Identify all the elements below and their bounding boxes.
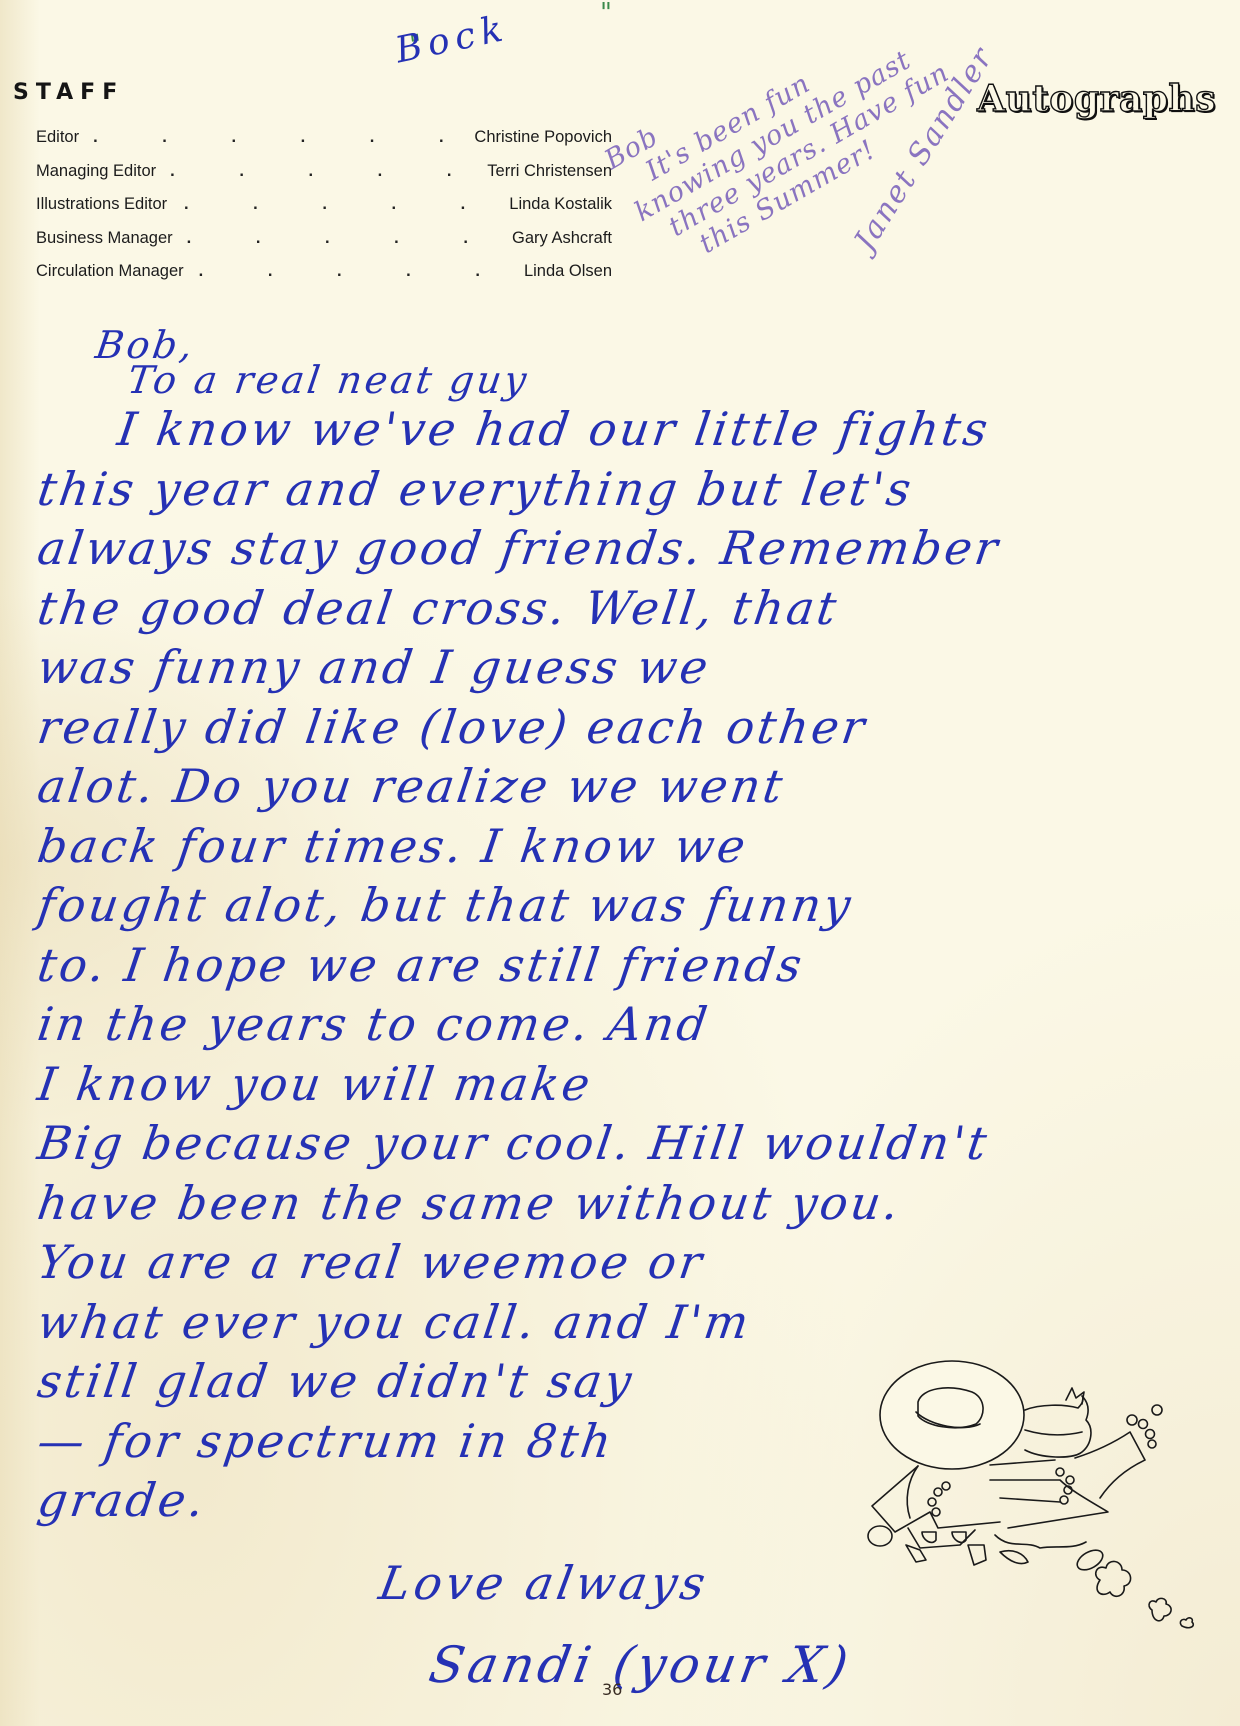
autograph-line: fought alot, but that was funny	[34, 876, 1222, 936]
staff-name: Christine Popovich	[474, 128, 612, 147]
autograph-line: To a real neat guy	[35, 360, 1221, 400]
autograph-line: have been the same without you.	[34, 1174, 1222, 1234]
page-number: 36	[602, 1680, 622, 1699]
autograph-line: back four times. I know we	[34, 817, 1222, 877]
autograph-line: Big because your cool. Hill wouldn't	[34, 1114, 1222, 1174]
autograph-line: Bob,	[36, 330, 1220, 360]
staff-role: Business Manager	[36, 229, 173, 248]
autograph-line: this year and everything but let's	[34, 460, 1222, 520]
autograph-line: in the years to come. And	[34, 995, 1222, 1055]
staff-row: Managing Editor . . . . . . Terri Christ…	[36, 162, 612, 196]
autograph-line: always stay good friends. Remember	[34, 519, 1222, 579]
leader-dots: . . . . . .	[187, 229, 498, 248]
staff-name: Terri Christensen	[487, 162, 612, 181]
autograph-line: the good deal cross. Well, that	[34, 579, 1222, 639]
staff-role: Circulation Manager	[36, 262, 184, 281]
leader-dots: . . . . .	[181, 195, 495, 214]
section-heading: Autographs	[977, 78, 1216, 120]
staff-role: Illustrations Editor	[36, 195, 167, 214]
nickname-note: Bock	[393, 11, 512, 70]
sandi-signature: Sandi (your X)	[426, 1640, 856, 1690]
staff-row: Illustrations Editor . . . . . Linda Kos…	[36, 195, 612, 229]
cartoon-kids-hugging-icon	[860, 1340, 1240, 1630]
staff-list: Editor . . . . . . . Christine Popovich …	[36, 128, 612, 296]
staff-name: Linda Olsen	[524, 262, 612, 281]
leader-dots: . . . . .	[198, 262, 510, 281]
staff-row: Circulation Manager . . . . . Linda Olse…	[36, 262, 612, 296]
staff-role: Managing Editor	[36, 162, 156, 181]
staff-heading: STAFF	[13, 80, 124, 105]
staff-row: Business Manager . . . . . . Gary Ashcra…	[36, 229, 612, 263]
autograph-line: to. I hope we are still friends	[34, 936, 1222, 996]
autograph-line: I know you will make	[34, 1055, 1222, 1115]
leader-dots: . . . . . .	[170, 162, 473, 181]
staff-row: Editor . . . . . . . Christine Popovich	[36, 128, 612, 162]
leader-dots: . . . . . . .	[93, 128, 460, 147]
autograph-line: I know we've had our little fights	[34, 400, 1222, 460]
staff-role: Editor	[36, 128, 79, 147]
autograph-line: You are a real weemoe or	[34, 1233, 1222, 1293]
staff-name: Gary Ashcraft	[512, 229, 612, 248]
autograph-line: alot. Do you realize we went	[34, 757, 1222, 817]
closing-line: Love always	[376, 1560, 713, 1606]
autograph-line: really did like (love) each other	[34, 698, 1222, 758]
nickname-close-quote: "	[600, 0, 612, 26]
autograph-line: was funny and I guess we	[34, 638, 1222, 698]
staff-name: Linda Kostalik	[509, 195, 612, 214]
